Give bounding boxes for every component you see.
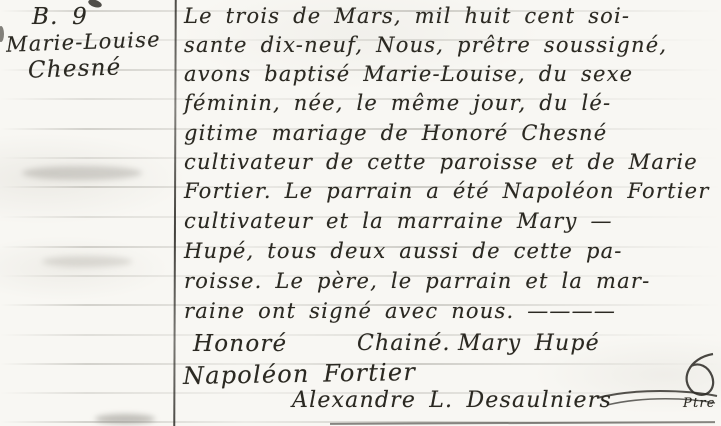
record-line: cultivateur de cette paroisse et de Mari… (184, 150, 698, 174)
record-line: féminin, née, le même jour, du lé- (184, 91, 611, 115)
paper-edge-mark (0, 26, 4, 42)
signature-mary-hupe: Mary Hupé (458, 331, 600, 356)
bottom-edge-mark (330, 421, 715, 425)
signature-chaine: Chainé. (357, 331, 451, 356)
margin-divider-line (173, 0, 176, 426)
entry-number: B. 9 (32, 4, 88, 30)
record-line: roisse. Le père, le parrain et la mar- (184, 269, 650, 293)
record-line: cultivateur et la marraine Mary — (184, 209, 613, 233)
record-line: Le trois de Mars, mil huit cent soi- (184, 4, 630, 28)
ink-smudge (42, 256, 132, 267)
paper-speck (87, 0, 102, 9)
margin-name-line2: Chesné (28, 54, 122, 83)
record-line: gitime mariage de Honoré Chesné (184, 121, 607, 145)
ink-smudge (95, 414, 155, 424)
paraph-flourish (595, 350, 721, 426)
priest-title-abbrev: Ptre (683, 396, 716, 411)
signature-priest: Alexandre L. Desaulniers (292, 388, 612, 413)
margin-name-line1: Marie-Louise (6, 27, 161, 56)
record-line: avons baptisé Marie-Louise, du sexe (184, 62, 633, 86)
record-line: raine ont signé avec nous. ———— (184, 299, 616, 323)
record-line: Fortier. Le parrain a été Napoléon Forti… (184, 179, 710, 203)
signature-honore: Honoré (193, 331, 287, 357)
ruled-line (0, 421, 721, 423)
register-page: B. 9 Marie-Louise Chesné Le trois de Mar… (0, 0, 721, 426)
record-line: Hupé, tous deux aussi de cette pa- (184, 239, 623, 263)
record-line: sante dix-neuf, Nous, prêtre soussigné, (184, 33, 667, 57)
signature-napoleon: Napoléon Fortier (183, 358, 416, 390)
ink-smudge (22, 166, 142, 180)
